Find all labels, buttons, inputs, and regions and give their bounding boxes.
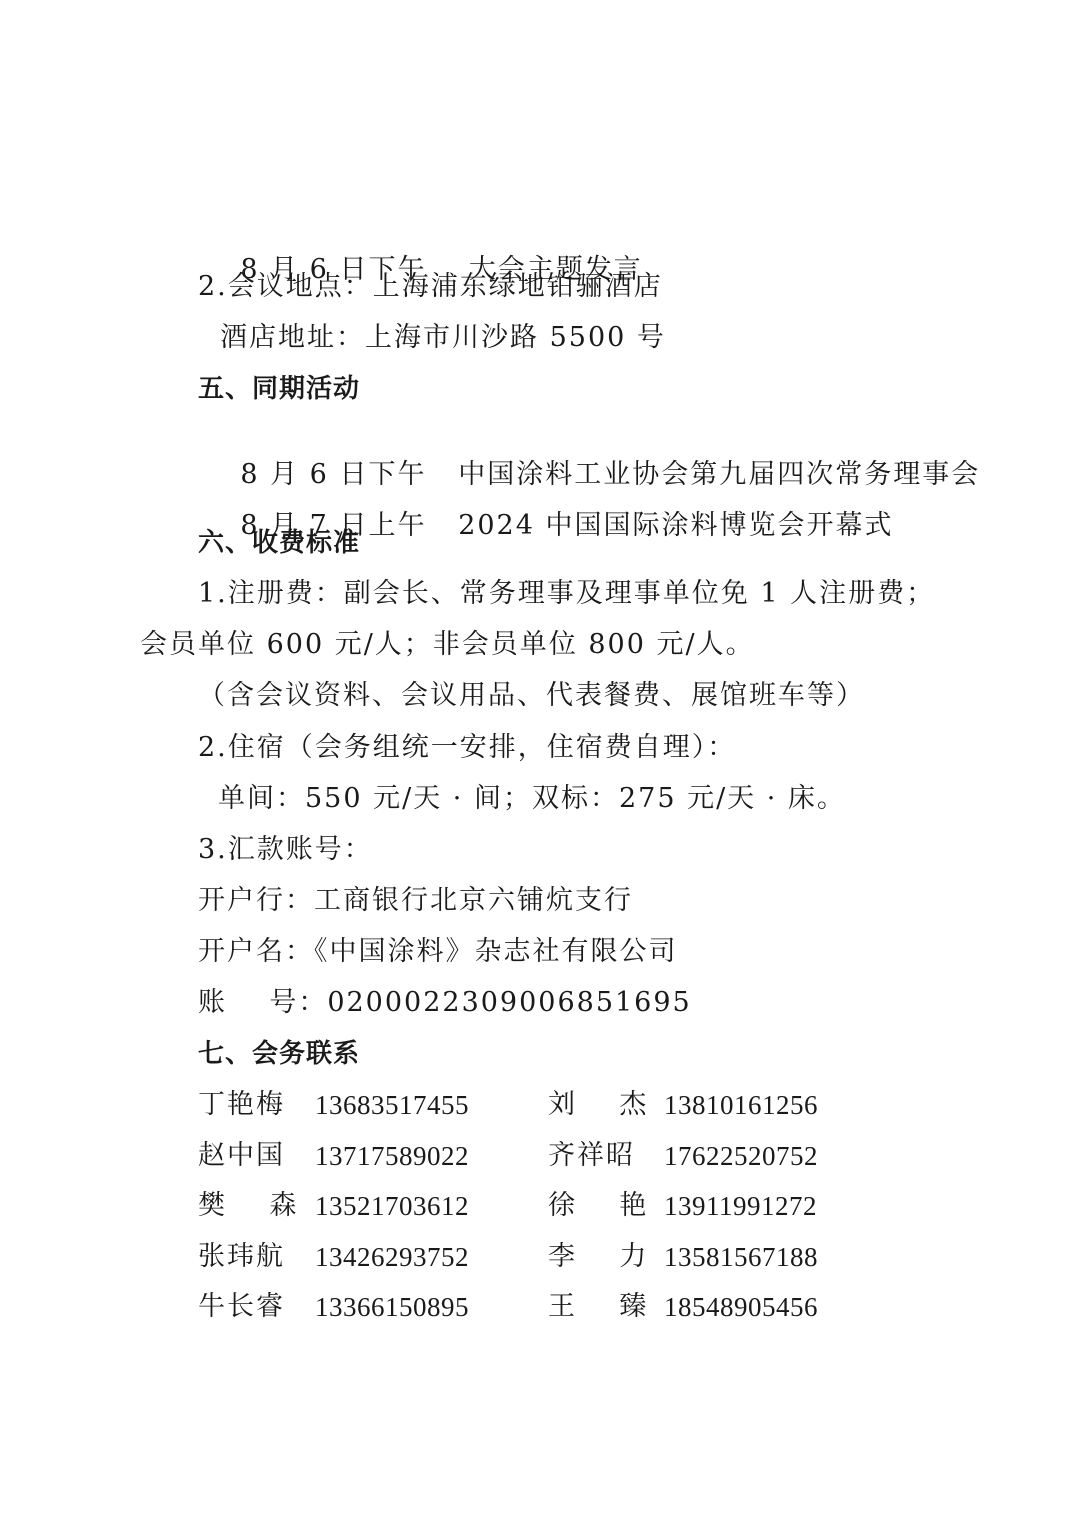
contact-name: 刘 杰 — [548, 1088, 648, 1122]
contact-name: 李 力 — [548, 1240, 648, 1274]
contact-name: 王 臻 — [548, 1290, 648, 1324]
contact-name: 徐 艳 — [548, 1189, 648, 1223]
remittance-title: 3.汇款账号： — [198, 833, 373, 867]
contact-name: 牛长睿 — [198, 1290, 285, 1324]
section5-title: 五、同期活动 — [198, 372, 360, 406]
activity-text: 2024 中国国际涂料博览会开幕式 — [458, 510, 893, 541]
contact-phone: 13717589022 — [315, 1139, 469, 1173]
contact-phone: 13366150895 — [315, 1290, 469, 1324]
contact-phone: 13581567188 — [664, 1240, 818, 1274]
registration-fee-note: （含会议资料、会议用品、代表餐费、展馆班车等） — [198, 679, 865, 713]
contact-name: 丁艳梅 — [198, 1088, 285, 1122]
contact-name: 赵中国 — [198, 1139, 285, 1173]
contact-name: 樊 森 — [198, 1189, 298, 1223]
bank-name: 开户行：工商银行北京六铺炕支行 — [198, 884, 633, 918]
account-number: 账 号：0200022309006851695 — [198, 986, 692, 1020]
account-name: 开户名：《中国涂料》杂志社有限公司 — [198, 935, 678, 969]
contact-phone: 13683517455 — [315, 1088, 469, 1122]
contact-phone: 18548905456 — [664, 1290, 818, 1324]
contact-phone: 13426293752 — [315, 1240, 469, 1274]
contact-name: 齐祥昭 — [548, 1139, 635, 1173]
venue-address: 酒店地址：上海市川沙路 5500 号 — [220, 321, 666, 355]
contact-phone: 13521703612 — [315, 1189, 469, 1223]
registration-fee-line2: 会员单位 600 元/人；非会员单位 800 元/人。 — [140, 628, 755, 662]
venue-label: 2.会议地点：上海浦东绿地铂骊酒店 — [198, 270, 663, 304]
section6-title: 六、收费标准 — [198, 526, 360, 560]
contact-phone: 17622520752 — [664, 1139, 818, 1173]
section7-title: 七、会务联系 — [198, 1037, 360, 1071]
contact-phone: 13810161256 — [664, 1088, 818, 1122]
registration-fee-line1: 1.注册费：副会长、常务理事及理事单位免 1 人注册费； — [198, 577, 935, 611]
contact-phone: 13911991272 — [664, 1189, 817, 1223]
accommodation-rates: 单间：550 元/天 · 间；双标：275 元/天 · 床。 — [218, 782, 846, 816]
contact-name: 张玮航 — [198, 1240, 285, 1274]
accommodation-title: 2.住宿（会务组统一安排，住宿费自理）： — [198, 731, 736, 765]
